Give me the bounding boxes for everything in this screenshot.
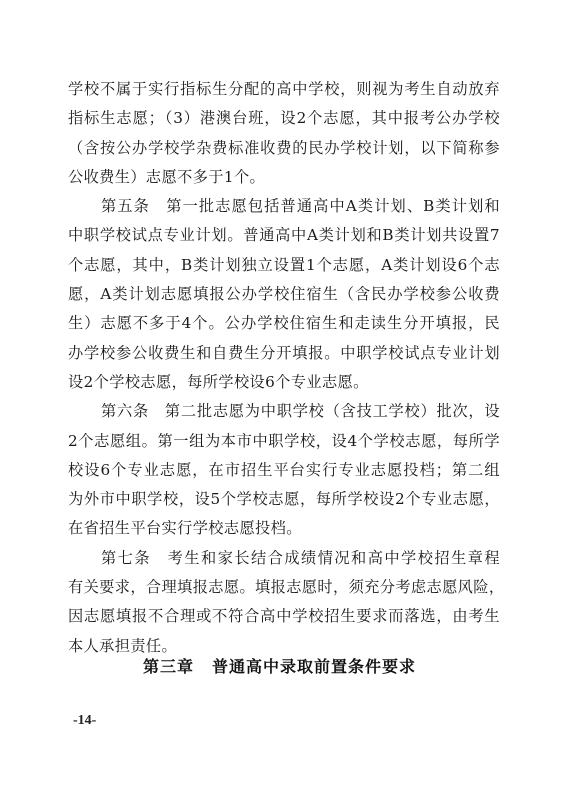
text-line: 学校不属于实行指标生分配的高中学校，则视为考生自动放弃 — [68, 75, 500, 104]
text-line: 有关要求，合理填报志愿。填报志愿时，须充分考虑志愿风险， — [68, 573, 500, 602]
text-line: 为外市中职学校，设5个学校志愿，每所学校设2个专业志愿， — [68, 485, 500, 514]
text-line: 第五条 第一批志愿包括普通高中A类计划、B类计划和 — [68, 192, 500, 221]
text-line: 2个志愿组。第一组为本市中职学校，设4个学校志愿，每所学 — [68, 427, 500, 456]
paragraph-continuation: 学校不属于实行指标生分配的高中学校，则视为考生自动放弃 指标生志愿；（3）港澳台… — [68, 75, 500, 192]
chapter-number: 第三章 — [143, 657, 194, 676]
text-line: 第七条 考生和家长结合成绩情况和高中学校招生章程 — [68, 544, 500, 573]
text-line: 生）志愿不多于4个。公办学校住宿生和走读生分开填报，民 — [68, 309, 500, 338]
document-page: 学校不属于实行指标生分配的高中学校，则视为考生自动放弃 指标生志愿；（3）港澳台… — [0, 0, 571, 797]
text-line: 第六条 第二批志愿为中职学校（含技工学校）批次，设 — [68, 397, 500, 426]
text-line: 个志愿，其中，B类计划独立设置1个志愿，A类计划设6个志 — [68, 251, 500, 280]
paragraph-article-6: 第六条 第二批志愿为中职学校（含技工学校）批次，设 2个志愿组。第一组为本市中职… — [68, 397, 500, 543]
text-line: 在省招生平台实行学校志愿投档。 — [68, 514, 500, 543]
text-line: 办学校参公收费生和自费生分开填报。中职学校试点专业计划 — [68, 339, 500, 368]
text-line: 校设6个专业志愿，在市招生平台实行专业志愿投档；第二组 — [68, 456, 500, 485]
paragraph-article-5: 第五条 第一批志愿包括普通高中A类计划、B类计划和 中职学校试点专业计划。普通高… — [68, 192, 500, 397]
text-line: 中职学校试点专业计划。普通高中A类计划和B类计划共设置7 — [68, 221, 500, 250]
text-line: 设2个学校志愿，每所学校设6个专业志愿。 — [68, 368, 500, 397]
body-text: 学校不属于实行指标生分配的高中学校，则视为考生自动放弃 指标生志愿；（3）港澳台… — [68, 75, 500, 661]
chapter-title: 普通高中录取前置条件要求 — [212, 657, 416, 676]
chapter-heading: 第三章普通高中录取前置条件要求 — [0, 654, 571, 677]
text-line: （含按公办学校学杂费标准收费的民办学校计划，以下简称参 — [68, 134, 500, 163]
text-line: 因志愿填报不合理或不符合高中学校招生要求而落选，由考生 — [68, 602, 500, 631]
paragraph-article-7: 第七条 考生和家长结合成绩情况和高中学校招生章程 有关要求，合理填报志愿。填报志… — [68, 544, 500, 661]
text-line: 愿，A类计划志愿填报公办学校住宿生（含民办学校参公收费 — [68, 280, 500, 309]
page-number: -14- — [73, 713, 96, 729]
text-line: 公收费生）志愿不多于1个。 — [68, 163, 500, 192]
text-line: 指标生志愿；（3）港澳台班，设2个志愿，其中报考公办学校 — [68, 104, 500, 133]
